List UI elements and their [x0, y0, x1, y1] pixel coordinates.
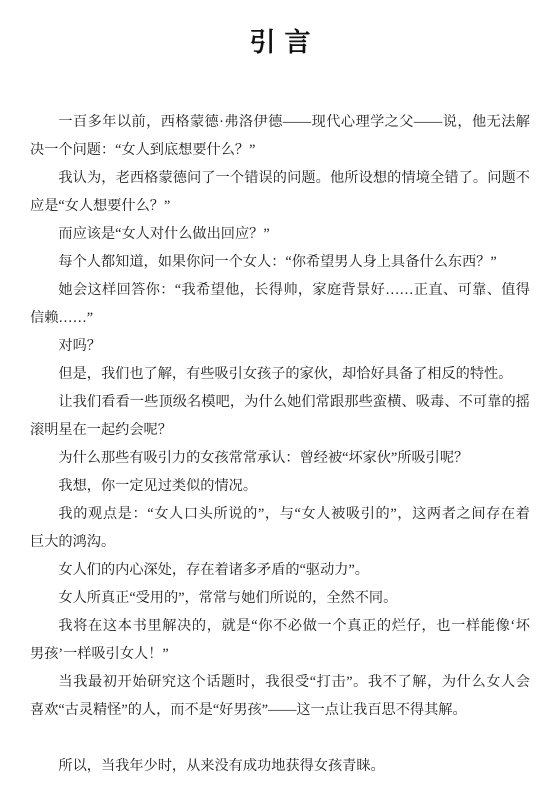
text-line: 我认为，老西格蒙德问了一个错误的问题。他所设想的情境全错了。问题不 — [30, 164, 530, 192]
text-line: 喜欢“古灵精怪”的人，而不是“好男孩”——这一点让我百思不得其解。 — [30, 696, 530, 724]
text-line: 而应该是“女人对什么做出回应？” — [30, 220, 530, 248]
text-line: 但是，我们也了解，有些吸引女孩子的家伙，却恰好具备了相反的特性。 — [30, 360, 530, 388]
page-title: 引言 — [30, 22, 530, 62]
text-line: 一百多年以前，西格蒙德·弗洛伊德——现代心理学之父——说，他无法解 — [30, 108, 530, 136]
text-line: 所以，当我年少时，从来没有成功地获得女孩青睐。 — [30, 752, 530, 780]
text-line: 女人们的内心深处，存在着诸多矛盾的“驱动力”。 — [30, 556, 530, 584]
text-line: 对吗？ — [30, 332, 530, 360]
text-line: 我想，你一定见过类似的情况。 — [30, 472, 530, 500]
document-page: 引言 一百多年以前，西格蒙德·弗洛伊德——现代心理学之父——说，他无法解决一个问… — [0, 0, 540, 785]
text-line: 信赖……” — [30, 304, 530, 332]
text-line: 她会这样回答你：“我希望他，长得帅，家庭背景好……正直、可靠、值得 — [30, 276, 530, 304]
text-line: 男孩’一样吸引女人！” — [30, 640, 530, 668]
text-line: 让我们看看一些顶级名模吧，为什么她们常跟那些蛮横、吸毒、不可靠的摇 — [30, 388, 530, 416]
text-line: 决一个问题：“女人到底想要什么？” — [30, 136, 530, 164]
text-line: 为什么那些有吸引力的女孩常常承认：曾经被“坏家伙”所吸引呢？ — [30, 444, 530, 472]
text-body: 一百多年以前，西格蒙德·弗洛伊德——现代心理学之父——说，他无法解决一个问题：“… — [30, 108, 530, 780]
text-line: 我将在这本书里解决的，就是“你不必做一个真正的烂仔，也一样能像‘坏 — [30, 612, 530, 640]
text-line: 我的观点是：“女人口头所说的”，与“女人被吸引的”，这两者之间存在着 — [30, 500, 530, 528]
text-line: 每个人都知道，如果你问一个女人：“你希望男人身上具备什么东西？” — [30, 248, 530, 276]
text-line: 应是“女人想要什么？” — [30, 192, 530, 220]
text-line: 巨大的鸿沟。 — [30, 528, 530, 556]
text-line: 女人所真正“受用的”，常常与她们所说的，全然不同。 — [30, 584, 530, 612]
blank-line — [30, 724, 530, 752]
text-line: 当我最初开始研究这个话题时，我很受“打击”。我不了解，为什么女人会 — [30, 668, 530, 696]
text-line: 滚明星在一起约会呢？ — [30, 416, 530, 444]
